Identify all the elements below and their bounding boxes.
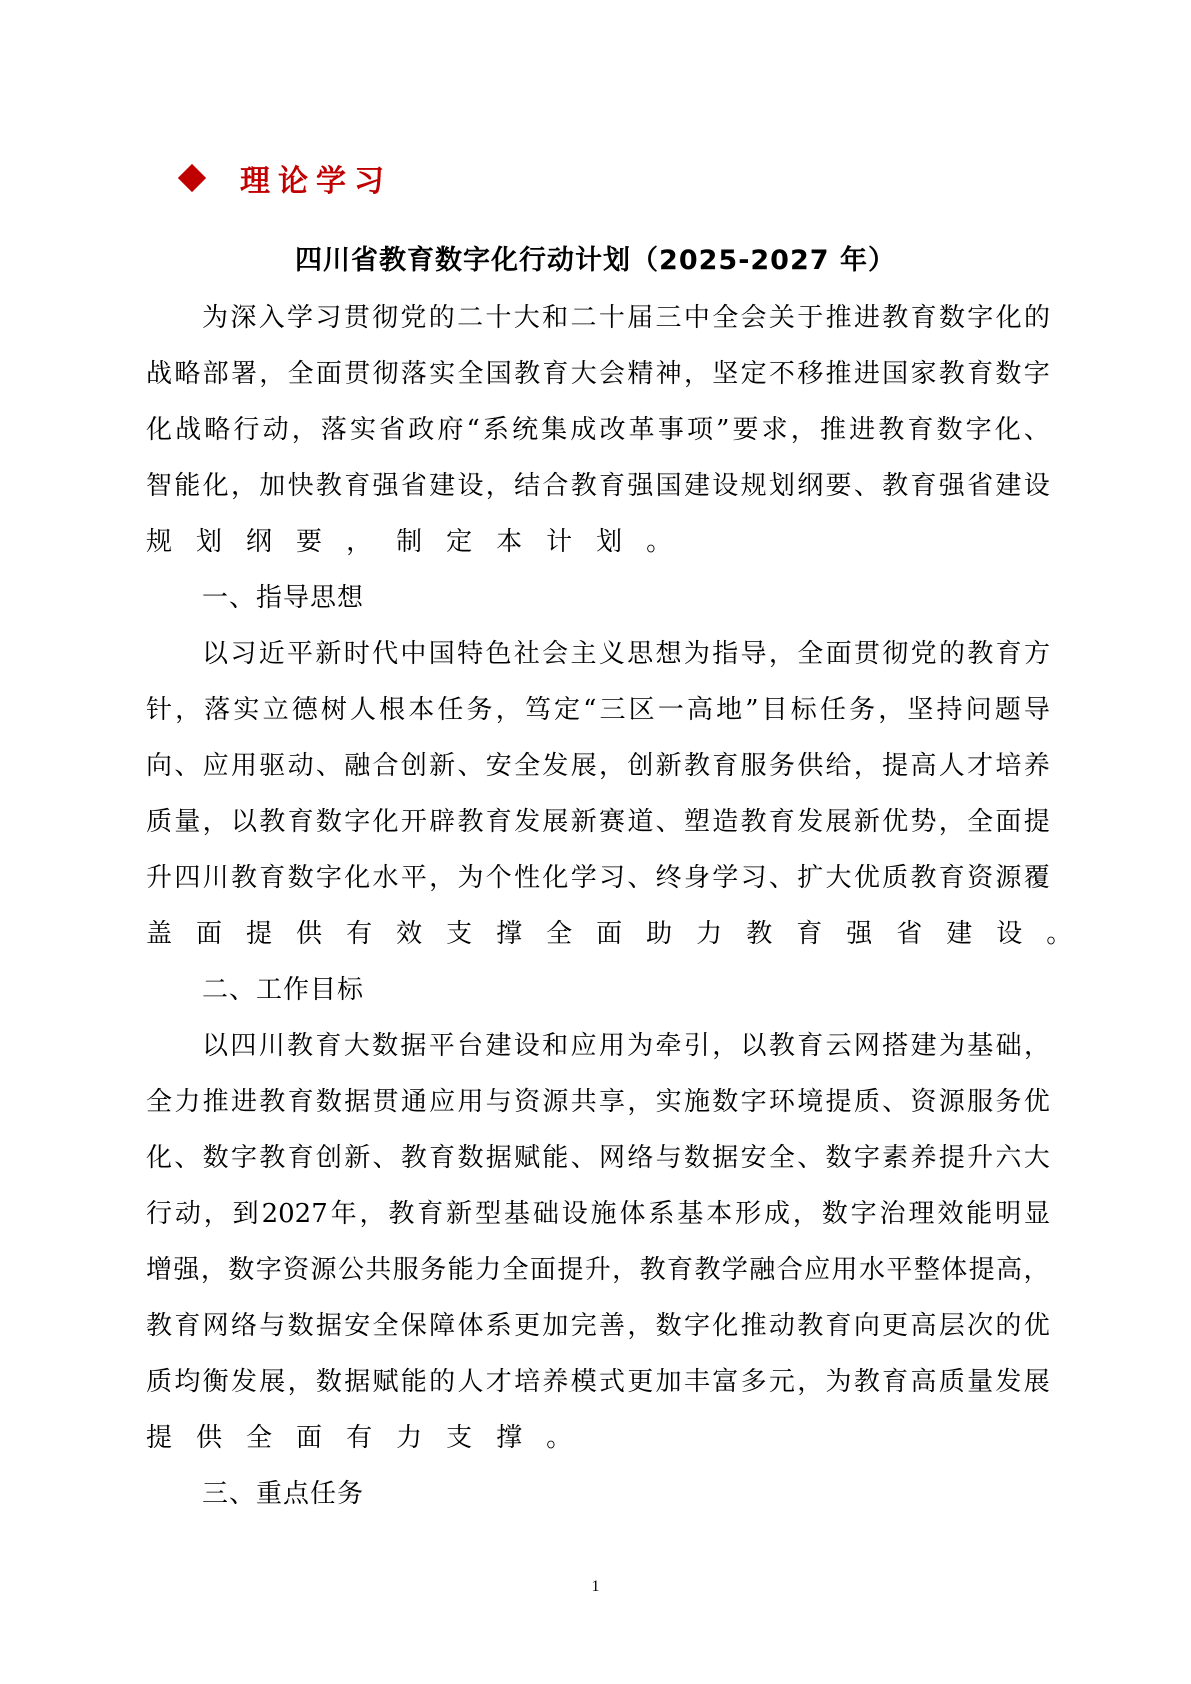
section-paragraph: 以习近平新时代中国特色社会主义思想为指导，全面贯彻党的教育方针，落实立德树人根本… [146, 626, 1050, 962]
paragraph-line: 增强，数字资源公共服务能力全面提升，教育教学融合应用水平整体提高， [146, 1242, 1050, 1298]
paragraph-line: 提供全面有力支撑。 [146, 1410, 1050, 1466]
section-heading: 二、工作目标 [146, 962, 1050, 1018]
intro-paragraph: 为深入学习贯彻党的二十大和二十届三中全会关于推进教育数字化的战略部署，全面贯彻落… [146, 290, 1050, 570]
paragraph-line: 以四川教育大数据平台建设和应用为牵引，以教育云网搭建为基础， [146, 1018, 1050, 1074]
document-body: 为深入学习贯彻党的二十大和二十届三中全会关于推进教育数字化的战略部署，全面贯彻落… [146, 290, 1050, 1522]
paragraph-line: 战略部署，全面贯彻落实全国教育大会精神，坚定不移推进国家教育数字 [146, 346, 1050, 402]
paragraph-line: 针，落实立德树人根本任务，笃定“三区一高地”目标任务，坚持问题导 [146, 682, 1050, 738]
paragraph-line: 全力推进教育数据贯通应用与资源共享，实施数字环境提质、资源服务优 [146, 1074, 1050, 1130]
document-title: 四川省教育数字化行动计划（2025-2027 年） [0, 238, 1191, 277]
paragraph-line: 质量，以教育数字化开辟教育发展新赛道、塑造教育发展新优势，全面提 [146, 794, 1050, 850]
section-paragraph: 以四川教育大数据平台建设和应用为牵引，以教育云网搭建为基础，全力推进教育数据贯通… [146, 1018, 1050, 1466]
paragraph-line: 升四川教育数字化水平，为个性化学习、终身学习、扩大优质教育资源覆 [146, 850, 1050, 906]
paragraph-line: 行动，到2027年，教育新型基础设施体系基本形成，数字治理效能明显 [146, 1186, 1050, 1242]
paragraph-line: 规划纲要，制定本计划。 [146, 514, 1050, 570]
page-number: 1 [0, 1578, 1191, 1596]
paragraph-line: 化、数字教育创新、教育数据赋能、网络与数据安全、数字素养提升六大 [146, 1130, 1050, 1186]
paragraph-line: 为深入学习贯彻党的二十大和二十届三中全会关于推进教育数字化的 [146, 290, 1050, 346]
section-tag-label: 理论学习 [240, 156, 392, 200]
paragraph-line: 化战略行动，落实省政府“系统集成改革事项”要求，推进教育数字化、 [146, 402, 1050, 458]
section-heading: 三、重点任务 [146, 1466, 1050, 1522]
paragraph-line: 智能化，加快教育强省建设，结合教育强国建设规划纲要、教育强省建设 [146, 458, 1050, 514]
paragraph-line: 向、应用驱动、融合创新、安全发展，创新教育服务供给，提高人才培养 [146, 738, 1050, 794]
paragraph-line: 质均衡发展，数据赋能的人才培养模式更加丰富多元，为教育高质量发展 [146, 1354, 1050, 1410]
paragraph-line: 以习近平新时代中国特色社会主义思想为指导，全面贯彻党的教育方 [146, 626, 1050, 682]
paragraph-line: 教育网络与数据安全保障体系更加完善，数字化推动教育向更高层次的优 [146, 1298, 1050, 1354]
section-tag: 理论学习 [178, 158, 392, 198]
paragraph-line: 盖面提供有效支撑全面助力教育强省建设。 [146, 906, 1050, 962]
document-page: 理论学习 四川省教育数字化行动计划（2025-2027 年） 为深入学习贯彻党的… [0, 0, 1191, 1684]
section-heading: 一、指导思想 [146, 570, 1050, 626]
diamond-icon [178, 164, 206, 192]
